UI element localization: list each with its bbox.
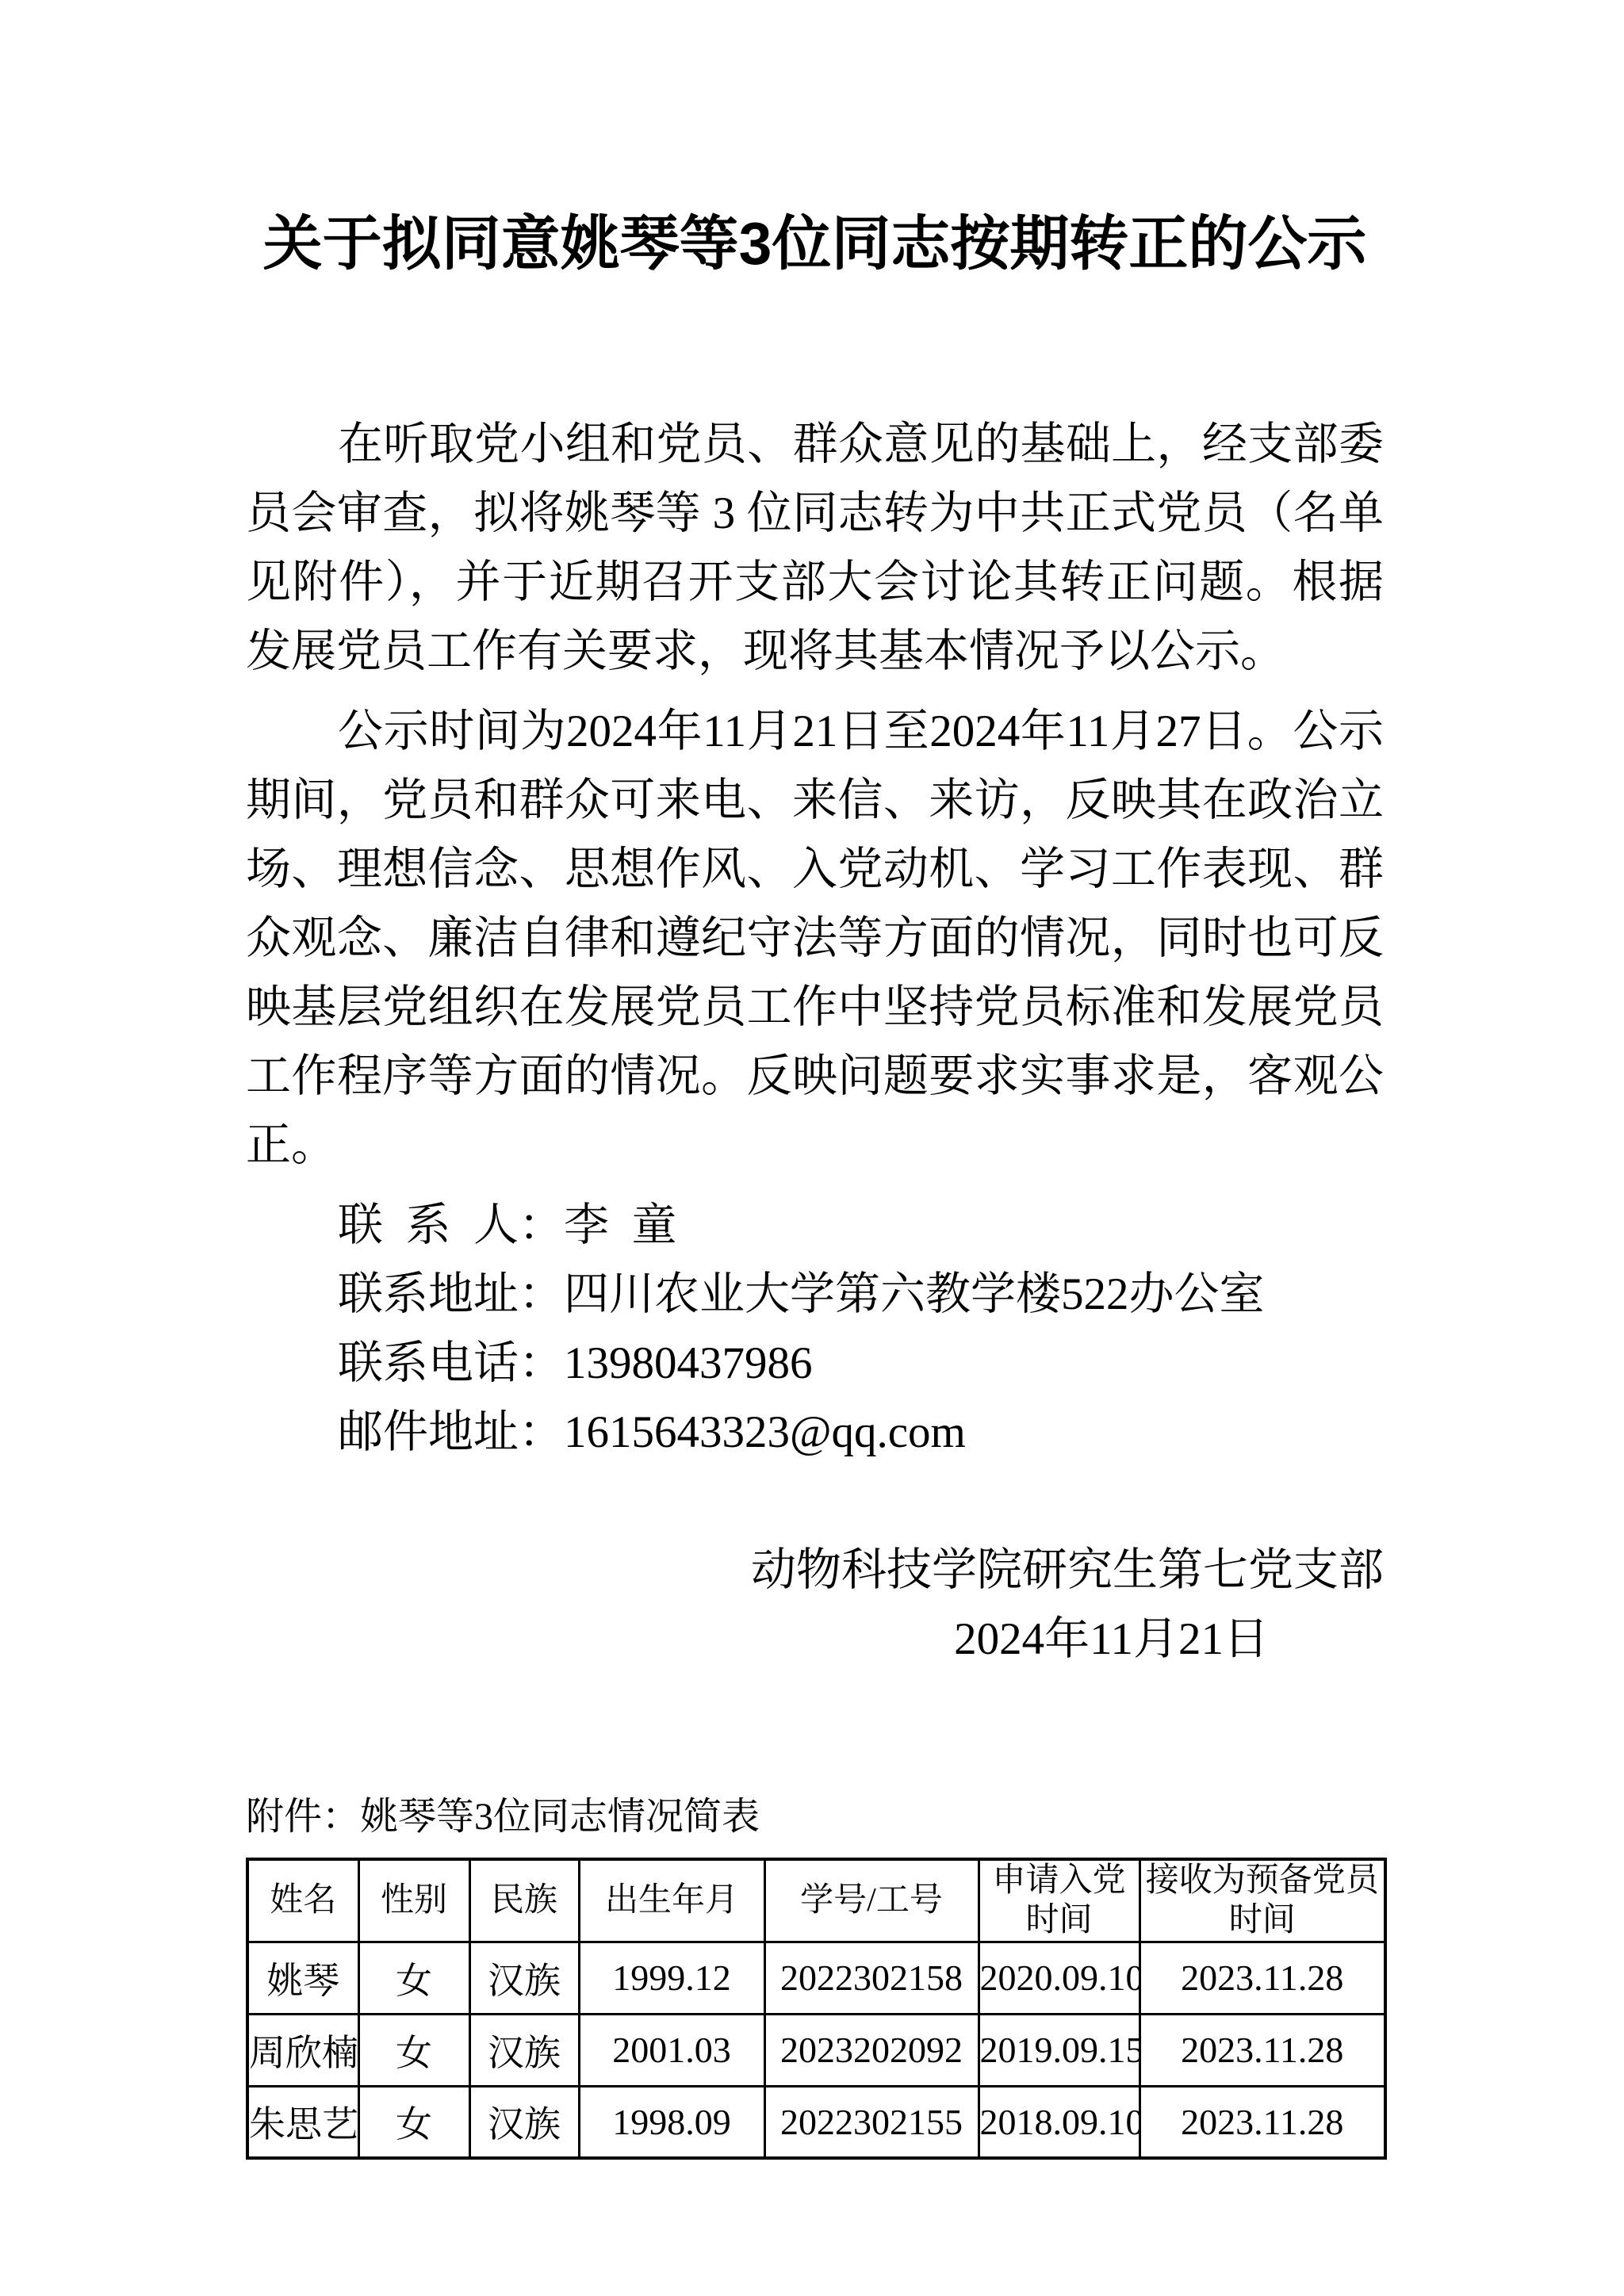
- header-cell-probationary-time: 接收为预备党员时间: [1139, 1859, 1385, 1942]
- table-header-row: 姓名 性别 民族 出生年月 学号/工号 申请入党时间 接收为预备党员时间: [247, 1859, 1385, 1942]
- paragraph-2: 公示时间为2024年11月21日至2024年11月27日。公示期间，党员和群众可…: [246, 697, 1384, 1180]
- table-cell: 汉族: [469, 1942, 579, 2014]
- table-cell: 汉族: [469, 2014, 579, 2086]
- table-cell: 姚琴: [247, 1942, 358, 2014]
- header-cell-application-time: 申请入党时间: [979, 1859, 1139, 1942]
- contact-phone-line: 联系电话：13980437986: [246, 1329, 1384, 1398]
- contact-person-label: 联 系 人：: [338, 1200, 564, 1250]
- table-cell: 女: [358, 2014, 469, 2086]
- paragraph-1: 在听取党小组和党员、群众意见的基础上，经支部委员会审查，拟将姚琴等 3 位同志转…: [246, 410, 1384, 686]
- table-cell: 2023.11.28: [1139, 2014, 1385, 2086]
- contact-person-value: 李 童: [564, 1200, 677, 1250]
- table-cell: 2022302155: [764, 2086, 979, 2158]
- contact-email-label: 邮件地址：: [338, 1407, 564, 1457]
- table-cell: 朱思艺: [247, 2086, 358, 2158]
- signature-line: 动物科技学院研究生第七党支部: [246, 1536, 1384, 1605]
- header-cell-gender: 性别: [358, 1859, 469, 1942]
- attachment-table: 姓名 性别 民族 出生年月 学号/工号 申请入党时间 接收为预备党员时间 姚琴 …: [246, 1858, 1387, 2160]
- table-cell: 女: [358, 2086, 469, 2158]
- contact-address-value: 四川农业大学第六教学楼522办公室: [564, 1269, 1265, 1319]
- table-cell: 2020.09.10: [979, 1942, 1139, 2014]
- contact-phone-label: 联系电话：: [338, 1338, 564, 1388]
- header-cell-ethnicity: 民族: [469, 1859, 579, 1942]
- document-body: 在听取党小组和党员、群众意见的基础上，经支部委员会审查，拟将姚琴等 3 位同志转…: [246, 410, 1384, 2160]
- table-cell: 周欣楠: [247, 2014, 358, 2086]
- contact-email-value: 1615643323@qq.com: [564, 1407, 966, 1457]
- contact-address-label: 联系地址：: [338, 1269, 564, 1319]
- contact-block: 联 系 人：李 童 联系地址：四川农业大学第六教学楼522办公室 联系电话：13…: [246, 1191, 1384, 1467]
- table-cell: 2001.03: [579, 2014, 764, 2086]
- contact-phone-value: 13980437986: [564, 1338, 813, 1388]
- table-cell: 2023.11.28: [1139, 2086, 1385, 2158]
- document-page: 关于拟同意姚琴等3位同志按期转正的公示 在听取党小组和党员、群众意见的基础上，经…: [0, 0, 1624, 2296]
- document-title: 关于拟同意姚琴等3位同志按期转正的公示: [246, 200, 1384, 287]
- table-cell: 1999.12: [579, 1942, 764, 2014]
- table-cell: 2023202092: [764, 2014, 979, 2086]
- table-cell: 1998.09: [579, 2086, 764, 2158]
- table-row: 姚琴 女 汉族 1999.12 2022302158 2020.09.10 20…: [247, 1942, 1385, 2014]
- attachment-title: 附件：姚琴等3位同志情况简表: [246, 1793, 1384, 1842]
- table-cell: 2023.11.28: [1139, 1942, 1385, 2014]
- header-cell-name: 姓名: [247, 1859, 358, 1942]
- table-cell: 汉族: [469, 2086, 579, 2158]
- table-row: 朱思艺 女 汉族 1998.09 2022302155 2018.09.10 2…: [247, 2086, 1385, 2158]
- table-cell: 2019.09.15: [979, 2014, 1139, 2086]
- contact-email-line: 邮件地址：1615643323@qq.com: [246, 1398, 1384, 1467]
- table-cell: 2022302158: [764, 1942, 979, 2014]
- date-line: 2024年11月21日: [246, 1605, 1384, 1674]
- header-cell-birthdate: 出生年月: [579, 1859, 764, 1942]
- table-row: 周欣楠 女 汉族 2001.03 2023202092 2019.09.15 2…: [247, 2014, 1385, 2086]
- table-cell: 女: [358, 1942, 469, 2014]
- header-cell-student-id: 学号/工号: [764, 1859, 979, 1942]
- contact-person-line: 联 系 人：李 童: [246, 1191, 1384, 1260]
- contact-address-line: 联系地址：四川农业大学第六教学楼522办公室: [246, 1260, 1384, 1329]
- table-cell: 2018.09.10: [979, 2086, 1139, 2158]
